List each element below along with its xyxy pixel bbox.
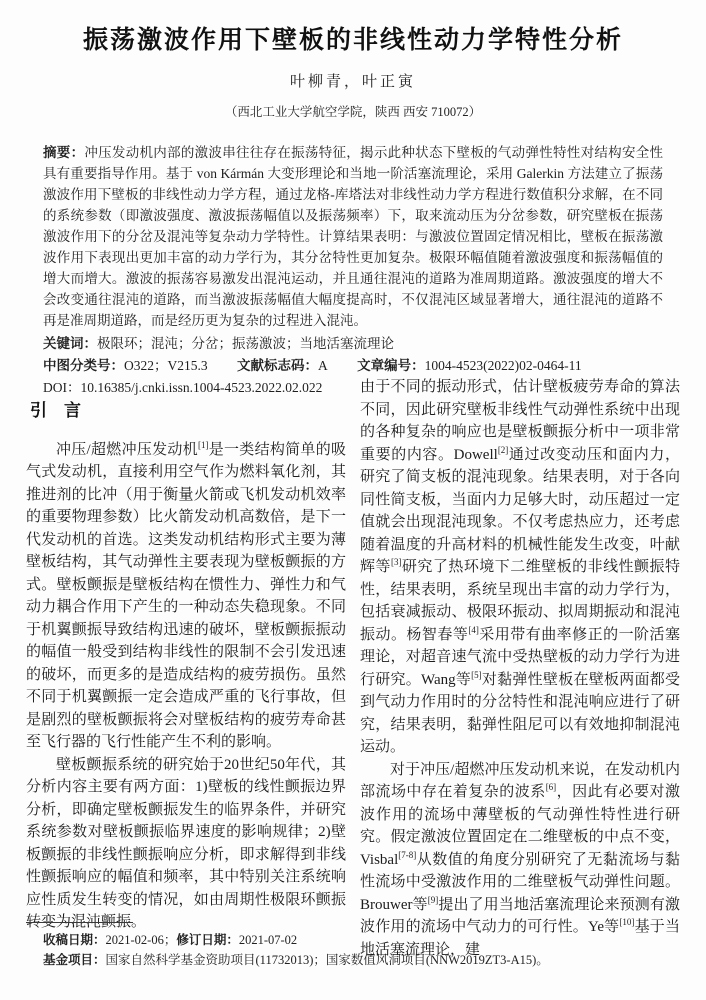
clc-label: 中图分类号： — [43, 358, 124, 373]
received-date-value: 2021-02-06； — [106, 933, 177, 947]
affiliation: （西北工业大学航空学院，陕西 西安 710072） — [0, 102, 706, 120]
section-heading-introduction: 引 言 — [30, 400, 346, 423]
page-title: 振荡激波作用下壁板的非线性动力学特性分析 — [0, 20, 706, 56]
keywords-line: 关键词：极限环；混沌；分岔；振荡激波；当地活塞流理论 — [43, 333, 663, 354]
abstract-label: 摘要： — [43, 145, 84, 160]
paper-page: 振荡激波作用下壁板的非线性动力学特性分析 叶柳青，叶正寅 （西北工业大学航空学院… — [0, 0, 706, 1000]
abstract: 摘要：冲压发动机内部的激波串往往存在振荡特征，揭示此种状态下壁板的气动弹性特性对… — [43, 142, 663, 331]
doc-code-value: A — [318, 358, 328, 373]
intro-paragraph-2: 壁板颤振系统的研究始于20世纪50年代，其分析内容主要有两方面：1)壁板的线性颤… — [26, 754, 346, 934]
article-id-label: 文章编号： — [357, 358, 425, 373]
clc-group: 中图分类号：O322；V215.3 — [43, 358, 208, 373]
fund-line: 基金项目：国家自然科学基金资助项目(11732013)；国家数值风洞项目(NNW… — [43, 950, 673, 970]
doc-code-label: 文献标志码： — [237, 358, 318, 373]
clc-value: O322；V215.3 — [124, 358, 208, 373]
footnote-rule — [26, 922, 133, 923]
right-column: 由于不同的振动形式，估计壁板疲劳寿命的算法不同，因此研究壁板非线性气动弹性系统中… — [360, 376, 680, 961]
abstract-text: 冲压发动机内部的激波串往往存在振荡特征，揭示此种状态下壁板的气动弹性特性对结构安… — [43, 145, 663, 328]
revised-date-value: 2021-07-02 — [239, 933, 297, 947]
received-date-label: 收稿日期： — [43, 933, 106, 947]
keywords-label: 关键词： — [43, 336, 97, 351]
authors: 叶柳青，叶正寅 — [0, 70, 706, 91]
doi-label: DOI： — [43, 380, 81, 395]
footnote-block: 收稿日期：2021-02-06；修订日期：2021-07-02 基金项目：国家自… — [43, 930, 673, 970]
doc-code-group: 文献标志码：A — [237, 358, 328, 373]
intro-paragraph-1: 冲压/超燃冲压发动机[1]是一类结构简单的吸气式发动机，直接利用空气作为燃料氧化… — [26, 439, 346, 754]
meta-block: 摘要：冲压发动机内部的激波串往往存在振荡特征，揭示此种状态下壁板的气动弹性特性对… — [43, 142, 663, 398]
revised-date-label: 修订日期： — [176, 933, 239, 947]
classification-line: 中图分类号：O322；V215.3 文献标志码：A 文章编号：1004-4523… — [43, 355, 663, 376]
fund-label: 基金项目： — [43, 953, 106, 967]
keywords-text: 极限环；混沌；分岔；振荡激波；当地活塞流理论 — [97, 336, 394, 351]
intro-paragraph-3: 由于不同的振动形式，估计壁板疲劳寿命的算法不同，因此研究壁板非线性气动弹性系统中… — [360, 376, 680, 759]
fund-text: 国家自然科学基金资助项目(11732013)；国家数值风洞项目(NNW2019Z… — [106, 953, 549, 967]
dates-line: 收稿日期：2021-02-06；修订日期：2021-07-02 — [43, 930, 673, 950]
left-column: 引 言 冲压/超燃冲压发动机[1]是一类结构简单的吸气式发动机，直接利用空气作为… — [26, 400, 346, 934]
article-id-value: 1004-4523(2022)02-0464-11 — [425, 358, 582, 373]
article-id-group: 文章编号：1004-4523(2022)02-0464-11 — [357, 358, 581, 373]
doi-value: 10.16385/j.cnki.issn.1004-4523.2022.02.0… — [81, 380, 323, 395]
